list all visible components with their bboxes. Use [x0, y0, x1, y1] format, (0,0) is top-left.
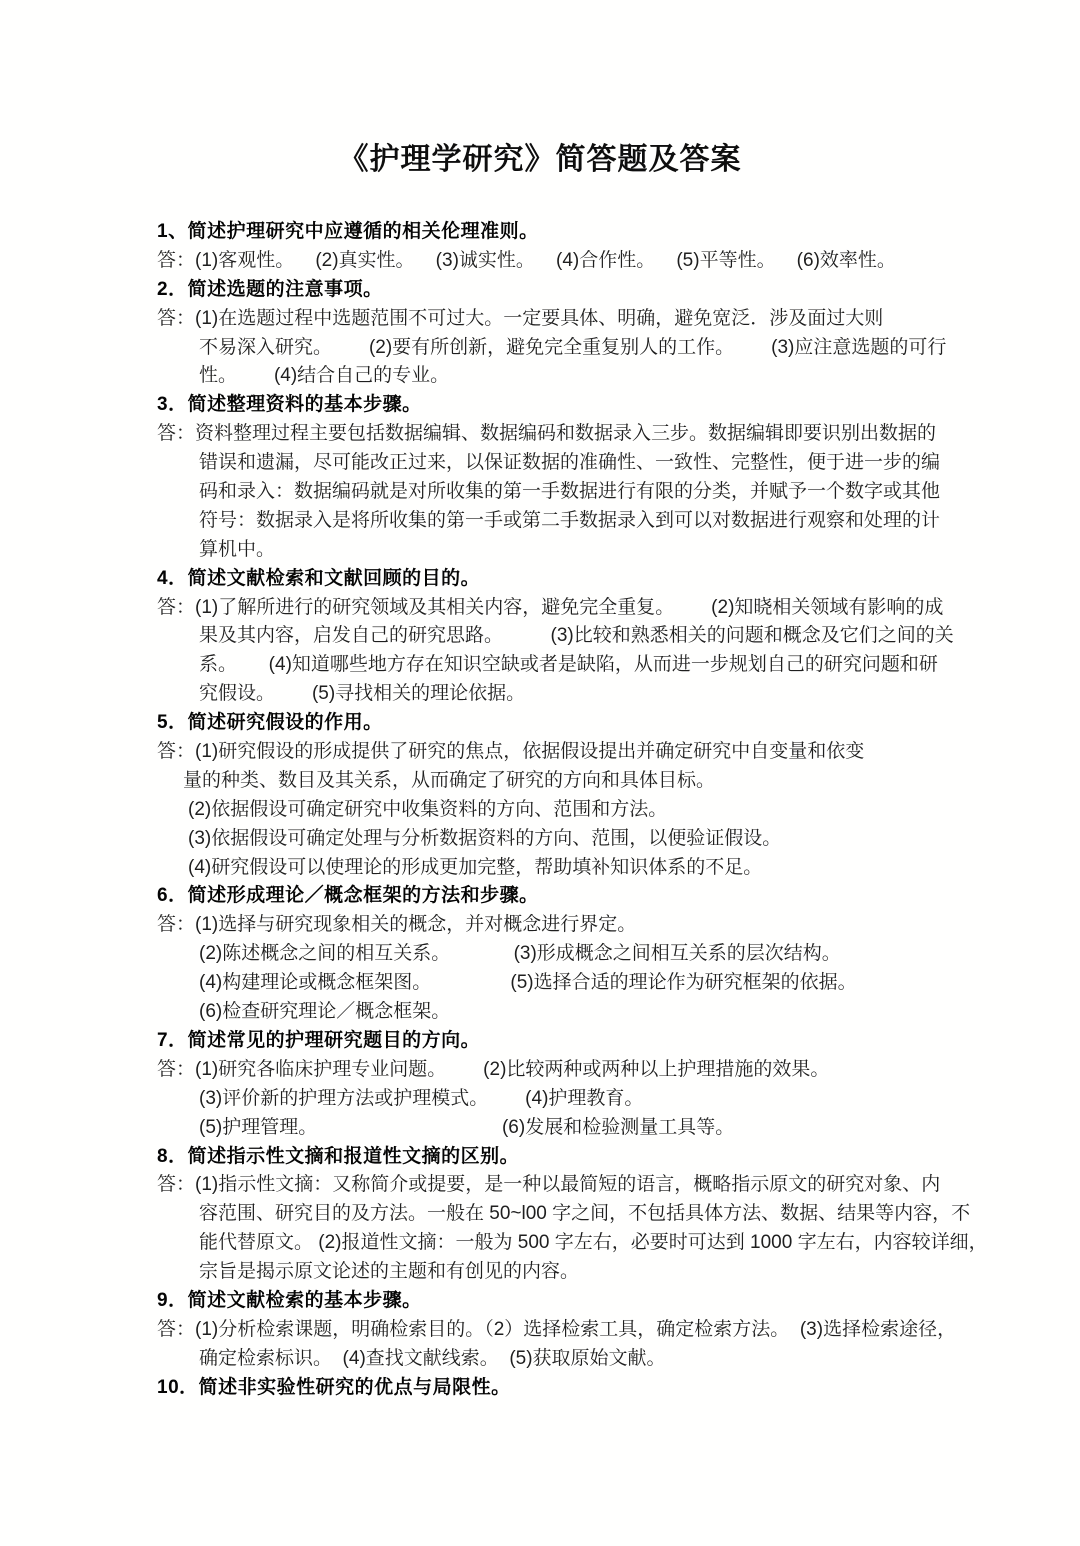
question-heading: 4．简述文献检索和文献回顾的目的。: [157, 565, 1060, 594]
question-heading: 7．简述常见的护理研究题目的方向。: [157, 1027, 1060, 1056]
page-title: 《护理学研究》简答题及答案: [0, 138, 1080, 182]
answer-line: 容范围、研究目的及方法。一般在 50~l00 字之间，不包括具体方法、数据、结果…: [157, 1200, 1060, 1229]
question-heading: 10．简述非实验性研究的优点与局限性。: [157, 1374, 1060, 1403]
answer-line: 答：(1)客观性。 (2)真实性。 (3)诚实性。 (4)合作性。 (5)平等性…: [157, 247, 1060, 276]
answer-line: (3)依据假设可确定处理与分析数据资料的方向、范围，以便验证假设。: [157, 825, 1060, 854]
document-body: 1、简述护理研究中应遵循的相关伦理准则。答：(1)客观性。 (2)真实性。 (3…: [0, 218, 1080, 1403]
answer-line: (4)构建理论或概念框架图。 (5)选择合适的理论作为研究框架的依据。: [157, 969, 1060, 998]
question-heading: 2．简述选题的注意事项。: [157, 276, 1060, 305]
question-heading: 5．简述研究假设的作用。: [157, 709, 1060, 738]
answer-line: 宗旨是揭示原文论述的主题和有创见的内容。: [157, 1258, 1060, 1287]
question-heading: 8．简述指示性文摘和报道性文摘的区别。: [157, 1143, 1060, 1172]
answer-line: (3)评价新的护理方法或护理模式。 (4)护理教育。: [157, 1085, 1060, 1114]
answer-line: 能代替原文。 (2)报道性文摘：一般为 500 字左右，必要时可达到 1000 …: [157, 1229, 1060, 1258]
answer-line: 算机中。: [157, 536, 1060, 565]
answer-line: 答：(1)分析检索课题，明确检索目的。（2）选择检索工具，确定检索方法。 (3)…: [157, 1316, 1060, 1345]
question-heading: 1、简述护理研究中应遵循的相关伦理准则。: [157, 218, 1060, 247]
answer-line: 量的种类、数目及其关系，从而确定了研究的方向和具体目标。: [157, 767, 1060, 796]
answer-line: 确定检索标识。 (4)查找文献线索。 (5)获取原始文献。: [157, 1345, 1060, 1374]
document-page: 《护理学研究》简答题及答案 1、简述护理研究中应遵循的相关伦理准则。答：(1)客…: [0, 0, 1080, 1546]
answer-line: (6)检查研究理论／概念框架。: [157, 998, 1060, 1027]
answer-line: 答：(1)了解所进行的研究领域及其相关内容，避免完全重复。 (2)知晓相关领域有…: [157, 594, 1060, 623]
question-heading: 9．简述文献检索的基本步骤。: [157, 1287, 1060, 1316]
answer-line: 答：资料整理过程主要包括数据编辑、数据编码和数据录入三步。数据编辑即要识别出数据…: [157, 420, 1060, 449]
answer-line: 答：(1)在选题过程中选题范围不可过大。一定要具体、明确，避免宽泛．涉及面过大则: [157, 305, 1060, 334]
question-heading: 3．简述整理资料的基本步骤。: [157, 391, 1060, 420]
question-heading: 6．简述形成理论／概念框架的方法和步骤。: [157, 882, 1060, 911]
answer-line: 系。 (4)知道哪些地方存在知识空缺或者是缺陷，从而进一步规划自己的研究问题和研: [157, 651, 1060, 680]
answer-line: (4)研究假设可以使理论的形成更加完整，帮助填补知识体系的不足。: [157, 854, 1060, 883]
answer-line: 性。 (4)结合自己的专业。: [157, 362, 1060, 391]
answer-line: 符号：数据录入是将所收集的第一手或第二手数据录入到可以对数据进行观察和处理的计: [157, 507, 1060, 536]
answer-line: 答：(1)指示性文摘：又称简介或提要，是一种以最简短的语言，概略指示原文的研究对…: [157, 1171, 1060, 1200]
answer-line: 果及其内容，启发自己的研究思路。 (3)比较和熟悉相关的问题和概念及它们之间的关: [157, 622, 1060, 651]
answer-line: 不易深入研究。 (2)要有所创新，避免完全重复别人的工作。 (3)应注意选题的可…: [157, 334, 1060, 363]
answer-line: 答：(1)研究假设的形成提供了研究的焦点，依据假设提出并确定研究中自变量和依变: [157, 738, 1060, 767]
answer-line: (2)依据假设可确定研究中收集资料的方向、范围和方法。: [157, 796, 1060, 825]
answer-line: 码和录入：数据编码就是对所收集的第一手数据进行有限的分类，并赋予一个数字或其他: [157, 478, 1060, 507]
answer-line: 答：(1)选择与研究现象相关的概念，并对概念进行界定。: [157, 911, 1060, 940]
answer-line: 答：(1)研究各临床护理专业问题。 (2)比较两种或两种以上护理措施的效果。: [157, 1056, 1060, 1085]
answer-line: 错误和遗漏，尽可能改正过来，以保证数据的准确性、一致性、完整性，便于进一步的编: [157, 449, 1060, 478]
answer-line: 究假设。 (5)寻找相关的理论依据。: [157, 680, 1060, 709]
answer-line: (5)护理管理。 (6)发展和检验测量工具等。: [157, 1114, 1060, 1143]
answer-line: (2)陈述概念之间的相互关系。 (3)形成概念之间相互关系的层次结构。: [157, 940, 1060, 969]
